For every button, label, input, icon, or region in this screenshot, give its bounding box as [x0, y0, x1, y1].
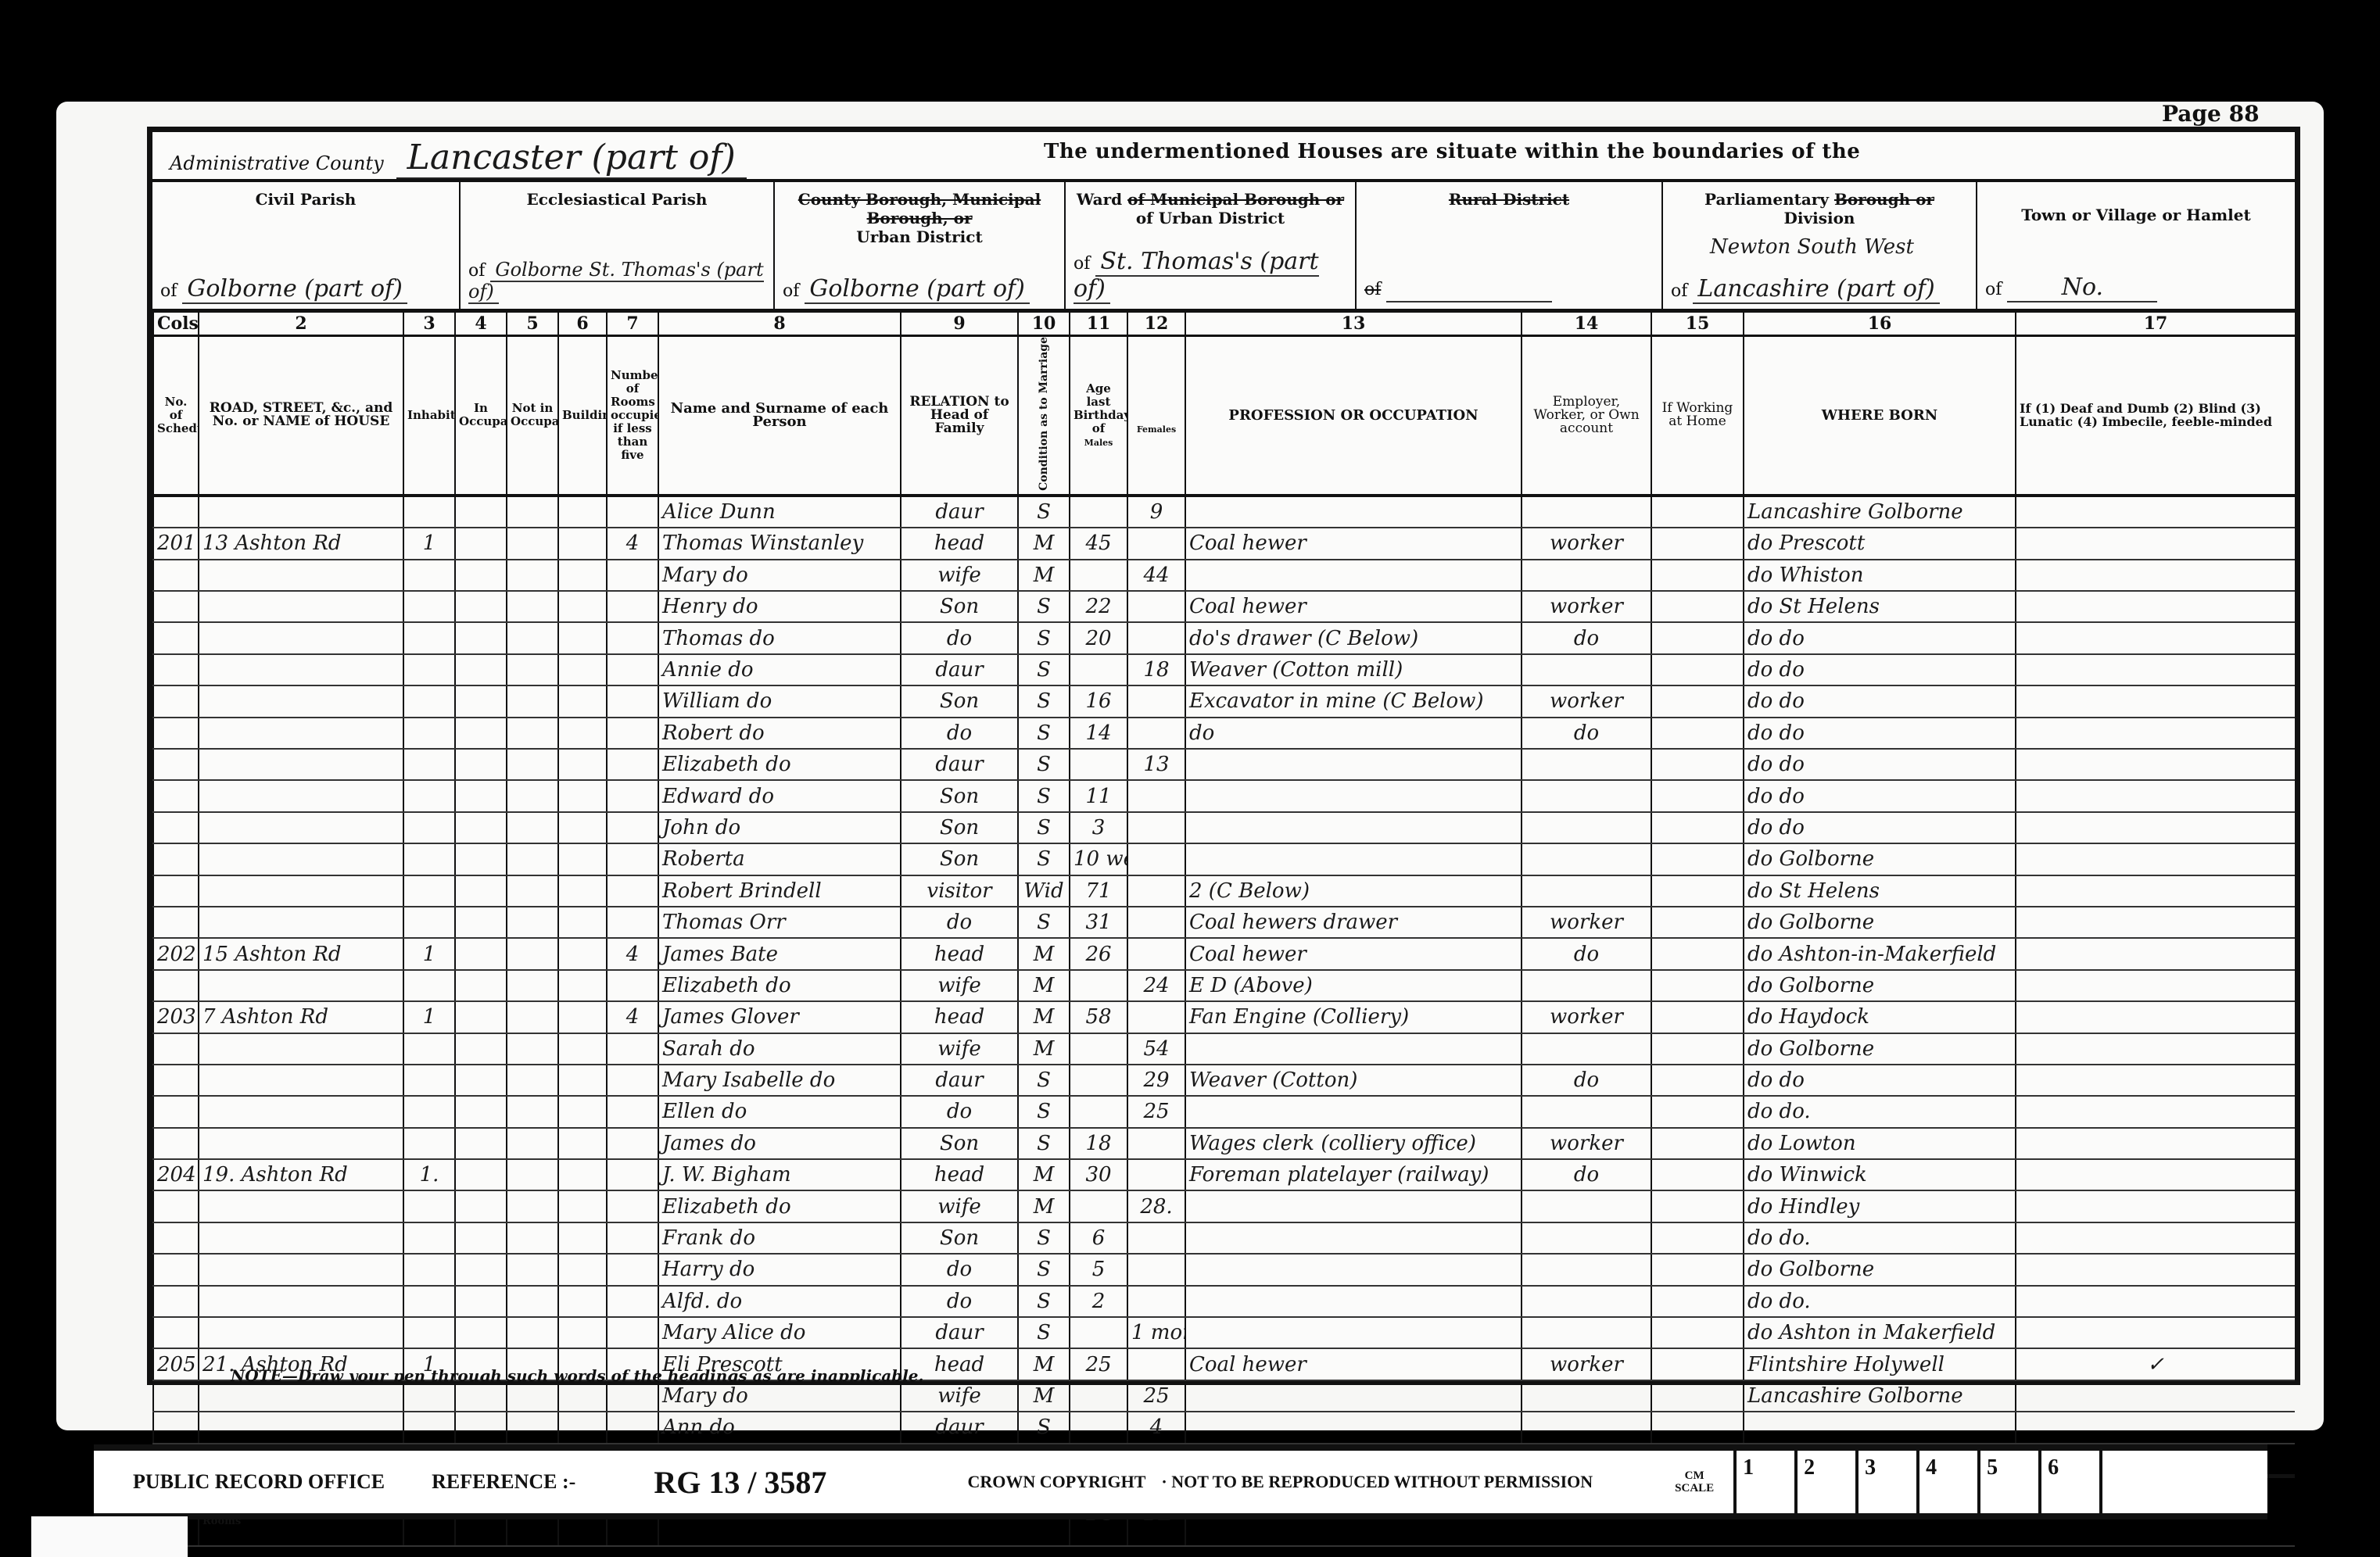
schedule-number: 203 [153, 1001, 199, 1033]
relation: daur [901, 1317, 1018, 1348]
male-age: 22 [1070, 591, 1127, 622]
occupation [1185, 1033, 1522, 1065]
male-age: 18 [1070, 1128, 1127, 1159]
birthplace: do Golborne [1744, 1033, 2016, 1065]
male-age [1070, 970, 1127, 1001]
male-age [1070, 1096, 1127, 1127]
inhabited-count [403, 1254, 455, 1285]
male-age [1070, 1412, 1127, 1443]
employment-status [1522, 1380, 1651, 1412]
birthplace: do Winwick [1744, 1159, 2016, 1190]
infirmity [2016, 1159, 2295, 1190]
rooms-count [607, 622, 658, 653]
occupation: Coal hewer [1185, 528, 1522, 559]
infirmity [2016, 685, 2295, 717]
schedule-number [153, 780, 199, 811]
birthplace: do Golborne [1744, 907, 2016, 938]
schedule-number [153, 718, 199, 749]
female-age [1127, 685, 1185, 717]
rooms-count [607, 685, 658, 717]
page-number: Page 88 [2162, 101, 2260, 127]
table-row: Robert BrindellvisitorWid712 (C Below)do… [153, 875, 2295, 907]
road-address [199, 812, 403, 843]
birthplace: do do [1744, 718, 2016, 749]
rural-district: Rural District of [1357, 182, 1663, 309]
male-age [1070, 496, 1127, 528]
header-occupation: PROFESSION OR OCCUPATION [1185, 336, 1522, 496]
person-name: Elizabeth do [658, 1190, 901, 1222]
table-row: Elizabeth dodaurS13do do [153, 749, 2295, 780]
relation: wife [901, 1190, 1018, 1222]
town-value: No. [2007, 274, 2157, 302]
infirmity [2016, 528, 2295, 559]
male-age [1070, 1380, 1127, 1412]
birthplace: do St Helens [1744, 875, 2016, 907]
road-address [199, 780, 403, 811]
table-row: James doSonS18Wages clerk (colliery offi… [153, 1128, 2295, 1159]
employment-status: do [1522, 622, 1651, 653]
person-name: J. W. Bigham [658, 1159, 901, 1190]
marital-condition: M [1018, 1380, 1070, 1412]
infirmity [2016, 1380, 2295, 1412]
rooms-count [607, 843, 658, 875]
table-row: Elizabeth dowifeM24E D (Above)do Golborn… [153, 970, 2295, 1001]
inhabited-count: 1 [403, 1001, 455, 1033]
marital-condition: S [1018, 654, 1070, 685]
schedule-number: 205 [153, 1348, 199, 1380]
table-row: Alfd. dodoS2do do. [153, 1286, 2295, 1317]
person-name: Ellen do [658, 1096, 901, 1127]
header-age-females: Females [1127, 336, 1185, 496]
infirmity [2016, 718, 2295, 749]
inhabited-count: 1 [403, 528, 455, 559]
header-in-occupation: In Occupation [455, 336, 507, 496]
person-name: Henry do [658, 591, 901, 622]
female-age [1127, 1159, 1185, 1190]
person-name: Robert Brindell [658, 875, 901, 907]
reference-label: REFERENCE :- [432, 1470, 575, 1494]
occupation: 2 (C Below) [1185, 875, 1522, 907]
column-headers: No. of Schedule ROAD, STREET, &c., and N… [153, 336, 2295, 496]
marital-condition: M [1018, 938, 1070, 969]
occupation [1185, 749, 1522, 780]
rooms-count: 4 [607, 1001, 658, 1033]
schedule-number [153, 496, 199, 528]
urban-district: County Borough, Municipal Borough, orUrb… [775, 182, 1066, 309]
female-age: 29 [1127, 1065, 1185, 1096]
occupation [1185, 843, 1522, 875]
inhabited-count [403, 1096, 455, 1127]
relation: do [901, 718, 1018, 749]
female-age [1127, 591, 1185, 622]
marital-condition: S [1018, 591, 1070, 622]
female-age [1127, 1348, 1185, 1380]
male-age: 2 [1070, 1286, 1127, 1317]
civil-parish: Civil Parish of Golborne (part of) [152, 182, 461, 309]
header-inhabited: Inhabited [403, 336, 455, 496]
admin-county-value: Lancaster (part of) [396, 138, 747, 179]
inhabited-count [403, 1222, 455, 1254]
male-age: 14 [1070, 718, 1127, 749]
employment-status [1522, 1317, 1651, 1348]
marital-condition: M [1018, 1001, 1070, 1033]
infirmity [2016, 749, 2295, 780]
employment-status [1522, 1286, 1651, 1317]
table-row: Edward doSonS11do do [153, 780, 2295, 811]
table-row: Mary Isabelle dodaurS29Weaver (Cotton)do… [153, 1065, 2295, 1096]
road-address [199, 685, 403, 717]
table-row: 20215 Ashton Rd14James BateheadM26Coal h… [153, 938, 2295, 969]
person-name: Ann do [658, 1412, 901, 1443]
employment-status [1522, 843, 1651, 875]
male-age [1070, 1033, 1127, 1065]
occupation [1185, 780, 1522, 811]
table-row: Henry doSonS22Coal hewerworkerdo St Hele… [153, 591, 2295, 622]
relation: Son [901, 780, 1018, 811]
birthplace: do Whiston [1744, 560, 2016, 591]
female-age: 25 [1127, 1380, 1185, 1412]
female-age [1127, 812, 1185, 843]
road-address [199, 1033, 403, 1065]
occupation: Coal hewers drawer [1185, 907, 1522, 938]
employment-status: do [1522, 938, 1651, 969]
employment-status [1522, 780, 1651, 811]
employment-status [1522, 875, 1651, 907]
relation: daur [901, 654, 1018, 685]
birthplace: do St Helens [1744, 591, 2016, 622]
person-name: Mary Alice do [658, 1317, 901, 1348]
table-row: Ellen dodoS25do do. [153, 1096, 2295, 1127]
male-age: 30 [1070, 1159, 1127, 1190]
scale-mark: 4 [1916, 1451, 1977, 1513]
infirmity [2016, 654, 2295, 685]
road-address [199, 496, 403, 528]
infirmity [2016, 591, 2295, 622]
inhabited-count: 1. [403, 1159, 455, 1190]
road-address: 13 Ashton Rd [199, 528, 403, 559]
scale-mark: 3 [1855, 1451, 1916, 1513]
marital-condition: M [1018, 1159, 1070, 1190]
person-name: Mary do [658, 560, 901, 591]
marital-condition: Wid [1018, 875, 1070, 907]
infirmity [2016, 1286, 2295, 1317]
schedule-number [153, 749, 199, 780]
employment-status [1522, 560, 1651, 591]
relation: Son [901, 1222, 1018, 1254]
archive-footer: PUBLIC RECORD OFFICE REFERENCE :- RG 13 … [94, 1444, 2267, 1519]
header-rooms: Number of Rooms occupied if less than fi… [607, 336, 658, 496]
road-address [199, 1128, 403, 1159]
schedule-number [153, 1222, 199, 1254]
header-condition: Condition as to Marriage [1018, 336, 1070, 496]
marital-condition: M [1018, 1033, 1070, 1065]
person-name: Alfd. do [658, 1286, 901, 1317]
relation: head [901, 1159, 1018, 1190]
relation: daur [901, 749, 1018, 780]
road-address [199, 1286, 403, 1317]
birthplace: do Golborne [1744, 843, 2016, 875]
scale-mark: 5 [1977, 1451, 2038, 1513]
schedule-number [153, 1286, 199, 1317]
schedule-number [153, 970, 199, 1001]
schedule-number [153, 1380, 199, 1412]
inhabited-count [403, 622, 455, 653]
infirmity [2016, 1254, 2295, 1285]
relation: visitor [901, 875, 1018, 907]
marital-condition: S [1018, 1128, 1070, 1159]
rooms-count [607, 1317, 658, 1348]
relation: daur [901, 1065, 1018, 1096]
ecclesiastical-parish: Ecclesiastical Parish of Golborne St. Th… [461, 182, 775, 309]
schedule-number [153, 654, 199, 685]
schedule-number [153, 560, 199, 591]
female-age [1127, 907, 1185, 938]
relation: daur [901, 496, 1018, 528]
infirmity [2016, 1317, 2295, 1348]
marital-condition: S [1018, 812, 1070, 843]
road-address [199, 1317, 403, 1348]
census-rows: Alice DunndaurS9Lancashire Golborne20113… [153, 496, 2295, 1476]
header-where-born: WHERE BORN [1744, 336, 2016, 496]
relation: Son [901, 685, 1018, 717]
inhabited-count [403, 907, 455, 938]
marital-condition: M [1018, 528, 1070, 559]
rooms-count [607, 591, 658, 622]
occupation: Wages clerk (colliery office) [1185, 1128, 1522, 1159]
birthplace: do do [1744, 685, 2016, 717]
female-age: 24 [1127, 970, 1185, 1001]
schedule-number [153, 1033, 199, 1065]
female-age: 9 [1127, 496, 1185, 528]
marital-condition: S [1018, 496, 1070, 528]
road-address [199, 1190, 403, 1222]
road-address [199, 1412, 403, 1443]
employment-status [1522, 970, 1651, 1001]
birthplace: do do [1744, 749, 2016, 780]
town-village-hamlet: Town or Village or Hamlet of No. [1977, 182, 2295, 309]
inhabited-count [403, 496, 455, 528]
birthplace: do do. [1744, 1222, 2016, 1254]
road-address [199, 749, 403, 780]
employment-status: worker [1522, 1348, 1651, 1380]
schedule-number [153, 591, 199, 622]
inhabited-count [403, 812, 455, 843]
female-age: 13 [1127, 749, 1185, 780]
person-name: Harry do [658, 1254, 901, 1285]
road-address: 19. Ashton Rd [199, 1159, 403, 1190]
relation: wife [901, 560, 1018, 591]
road-address [199, 1254, 403, 1285]
infirmity [2016, 780, 2295, 811]
rooms-count [607, 496, 658, 528]
female-age: 44 [1127, 560, 1185, 591]
marital-condition: S [1018, 749, 1070, 780]
marital-condition: S [1018, 907, 1070, 938]
inhabited-count: 1 [403, 938, 455, 969]
male-age: 45 [1070, 528, 1127, 559]
female-age [1127, 875, 1185, 907]
infirmity [2016, 1033, 2295, 1065]
relation: do [901, 1096, 1018, 1127]
person-name: Annie do [658, 654, 901, 685]
schedule-number [153, 1065, 199, 1096]
employment-status [1522, 496, 1651, 528]
schedule-number [153, 1190, 199, 1222]
birthplace: do Prescott [1744, 528, 2016, 559]
person-name: James do [658, 1128, 901, 1159]
male-age: 5 [1070, 1254, 1127, 1285]
rooms-count: 4 [607, 938, 658, 969]
birthplace: do do. [1744, 1096, 2016, 1127]
rooms-count [607, 1222, 658, 1254]
copyright-label: CROWN COPYRIGHT [967, 1472, 1145, 1492]
table-row: Alice DunndaurS9Lancashire Golborne [153, 496, 2295, 528]
male-age [1070, 654, 1127, 685]
schedule-number [153, 843, 199, 875]
occupation [1185, 1286, 1522, 1317]
relation: Son [901, 1128, 1018, 1159]
header-employer: Employer, Worker, or Own account [1522, 336, 1651, 496]
marital-condition: S [1018, 1096, 1070, 1127]
road-address [199, 560, 403, 591]
male-age [1070, 1317, 1127, 1348]
marital-condition: M [1018, 1348, 1070, 1380]
occupation [1185, 1412, 1522, 1443]
inhabited-count [403, 1412, 455, 1443]
person-name: Thomas do [658, 622, 901, 653]
male-age: 10 weeks [1070, 843, 1127, 875]
occupation [1185, 496, 1522, 528]
inhabited-count [403, 1128, 455, 1159]
rooms-count [607, 812, 658, 843]
column-numbers: Cols 1 2 3 4 5 6 7 8 9 10 11 12 13 14 15… [153, 313, 2295, 336]
table-row: Mary dowifeM44do Whiston [153, 560, 2295, 591]
marital-condition: S [1018, 1317, 1070, 1348]
table-row: Elizabeth dowifeM28.do Hindley [153, 1190, 2295, 1222]
road-address [199, 907, 403, 938]
infirmity [2016, 938, 2295, 969]
male-age [1070, 1065, 1127, 1096]
header-road: ROAD, STREET, &c., and No. or NAME of HO… [199, 336, 403, 496]
infirmity [2016, 970, 2295, 1001]
female-age: 28. [1127, 1190, 1185, 1222]
road-address [199, 718, 403, 749]
inhabited-count [403, 654, 455, 685]
infirmity [2016, 1065, 2295, 1096]
birthplace: Lancashire Golborne [1744, 1380, 2016, 1412]
infirmity [2016, 1222, 2295, 1254]
employment-status [1522, 749, 1651, 780]
rooms-count [607, 560, 658, 591]
permission-notice: · NOT TO BE REPRODUCED WITHOUT PERMISSIO… [1161, 1472, 1593, 1492]
relation: do [901, 622, 1018, 653]
rooms-count [607, 718, 658, 749]
inhabited-count [403, 685, 455, 717]
birthplace: do Ashton-in-Makerfield [1744, 938, 2016, 969]
road-address: 15 Ashton Rd [199, 938, 403, 969]
schedule-number [153, 1412, 199, 1443]
male-age: 25 [1070, 1348, 1127, 1380]
headline: The undermentioned Houses are situate wi… [1044, 140, 1860, 163]
marital-condition: S [1018, 718, 1070, 749]
male-age: 26 [1070, 938, 1127, 969]
admin-county-label: Administrative County [170, 152, 384, 174]
person-name: Elizabeth do [658, 970, 901, 1001]
person-name: Elizabeth do [658, 749, 901, 780]
relation: wife [901, 970, 1018, 1001]
birthplace: Lancashire Golborne [1744, 496, 2016, 528]
road-address [199, 875, 403, 907]
schedule-number [153, 1254, 199, 1285]
relation: daur [901, 1412, 1018, 1443]
person-name: James Glover [658, 1001, 901, 1033]
schedule-number: 201 [153, 528, 199, 559]
birthplace: do do [1744, 812, 2016, 843]
female-age: 18 [1127, 654, 1185, 685]
employment-status: worker [1522, 685, 1651, 717]
birthplace: Flintshire Holywell [1744, 1348, 2016, 1380]
inhabited-count [403, 1286, 455, 1317]
infirmity [2016, 907, 2295, 938]
infirmity [2016, 843, 2295, 875]
infirmity [2016, 812, 2295, 843]
schedule-number [153, 875, 199, 907]
male-age: 11 [1070, 780, 1127, 811]
ward: Ward of Municipal Borough orof Urban Dis… [1066, 182, 1357, 309]
rooms-count: 4 [607, 528, 658, 559]
schedule-number [153, 1317, 199, 1348]
table-row: Annie dodaurS18Weaver (Cotton mill)do do [153, 654, 2295, 685]
marital-condition: M [1018, 970, 1070, 1001]
occupation [1185, 1380, 1522, 1412]
person-name: Edward do [658, 780, 901, 811]
birthplace: do Hindley [1744, 1190, 2016, 1222]
relation: wife [901, 1033, 1018, 1065]
road-address [199, 654, 403, 685]
occupation: Coal hewer [1185, 591, 1522, 622]
infirmity [2016, 1412, 2295, 1443]
employment-status: do [1522, 718, 1651, 749]
female-age [1127, 780, 1185, 811]
rooms-count [607, 1286, 658, 1317]
infirmity: ✓ [2016, 1348, 2295, 1380]
male-age: 58 [1070, 1001, 1127, 1033]
schedule-number [153, 812, 199, 843]
occupation: Weaver (Cotton mill) [1185, 654, 1522, 685]
infirmity [2016, 560, 2295, 591]
marital-condition: S [1018, 1286, 1070, 1317]
male-age: 3 [1070, 812, 1127, 843]
rooms-count [607, 780, 658, 811]
parliamentary-division: Parliamentary Borough orDivision Newton … [1663, 182, 1977, 309]
birthplace: do Ashton in Makerfield [1744, 1317, 2016, 1348]
census-table: Cols 1 2 3 4 5 6 7 8 9 10 11 12 13 14 15… [152, 313, 2295, 1547]
employment-status [1522, 1254, 1651, 1285]
occupation: Coal hewer [1185, 938, 1522, 969]
occupation [1185, 1254, 1522, 1285]
occupation: Weaver (Cotton) [1185, 1065, 1522, 1096]
marital-condition: S [1018, 622, 1070, 653]
employment-status [1522, 1222, 1651, 1254]
rooms-count [607, 1190, 658, 1222]
female-age [1127, 1001, 1185, 1033]
relation: head [901, 1001, 1018, 1033]
inhabited-count [403, 591, 455, 622]
employment-status [1522, 654, 1651, 685]
rooms-count [607, 970, 658, 1001]
person-name: Robert do [658, 718, 901, 749]
census-form: Administrative County Lancaster (part of… [147, 127, 2300, 1385]
